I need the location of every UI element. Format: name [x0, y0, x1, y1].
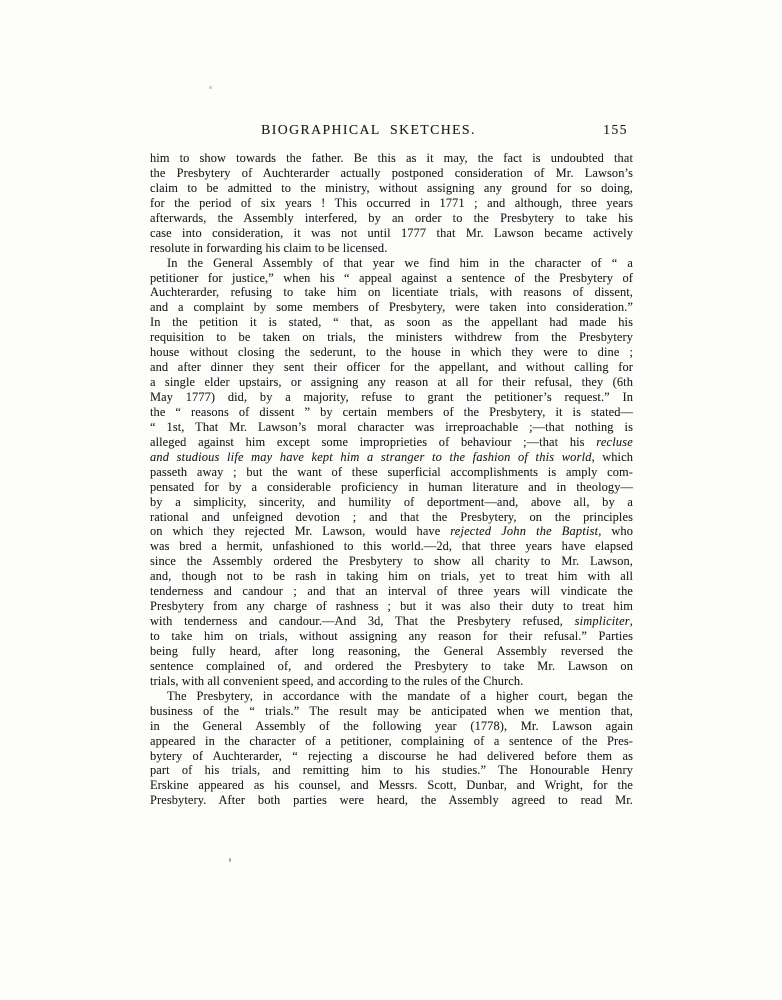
text-segment: , — [630, 614, 633, 628]
text-segment: and after dinner they sent their officer… — [150, 360, 633, 374]
italic-text-segment: rejected John the Baptist — [450, 524, 598, 538]
text-segment: on which they rejected Mr. Lawson, would… — [150, 524, 450, 538]
text-line: the “ reasons of dissent ” by certain me… — [150, 405, 633, 420]
italic-text-segment: recluse — [596, 435, 633, 449]
text-segment: by a simplicity, sincerity, and humility… — [150, 495, 633, 509]
text-line: being fully heard, after long reasoning,… — [150, 644, 633, 659]
text-segment: and, though not to be rash in taking him… — [150, 569, 633, 583]
text-segment: The Presbytery, in accordance with the m… — [167, 689, 633, 703]
text-segment: since the Assembly ordered the Presbyter… — [150, 554, 633, 568]
text-line: part of his trials, and remitting him to… — [150, 763, 633, 778]
text-segment: him to show towards the father. Be this … — [150, 151, 633, 165]
text-line: in the General Assembly of the following… — [150, 719, 633, 734]
text-segment: tenderness and candour ; and that an int… — [150, 584, 633, 598]
text-segment: passeth away ; but the want of these sup… — [150, 465, 633, 479]
text-line: “ 1st, That Mr. Lawson’s moral character… — [150, 420, 633, 435]
text-segment: Erskine appeared as his counsel, and Mes… — [150, 778, 633, 792]
text-block: him to show towards the father. Be this … — [150, 151, 633, 808]
text-segment: trials, with all convenient speed, and a… — [150, 674, 523, 688]
text-line: petitioner for justice,” when his “ appe… — [150, 271, 633, 286]
text-line: since the Assembly ordered the Presbyter… — [150, 554, 633, 569]
text-segment: alleged against him except some impropri… — [150, 435, 596, 449]
italic-text-segment: simpliciter — [575, 614, 630, 628]
text-segment: the “ reasons of dissent ” by certain me… — [150, 405, 633, 419]
text-line: May 1777) did, by a majority, refuse to … — [150, 390, 633, 405]
text-line: by a simplicity, sincerity, and humility… — [150, 495, 633, 510]
text-segment: In the petition it is stated, “ that, as… — [150, 315, 633, 329]
text-segment: a single elder upstairs, or assigning an… — [150, 375, 633, 389]
text-segment: was bred a hermit, unfashioned to this w… — [150, 539, 633, 553]
text-segment: In the General Assembly of that year we … — [167, 256, 633, 270]
text-segment: part of his trials, and remitting him to… — [150, 763, 633, 777]
text-segment: bytery of Auchterarder, “ rejecting a di… — [150, 749, 633, 763]
text-line: and a complaint by some members of Presb… — [150, 300, 633, 315]
text-line: a single elder upstairs, or assigning an… — [150, 375, 633, 390]
scan-speck-top — [209, 86, 212, 89]
text-segment: Auchterarder, refusing to take him on li… — [150, 285, 633, 299]
text-segment: afterwards, the Assembly interfered, by … — [150, 211, 633, 225]
text-segment: and a complaint by some members of Presb… — [150, 300, 633, 314]
text-segment: claim to be admitted to the ministry, wi… — [150, 181, 633, 195]
text-segment: , who — [598, 524, 633, 538]
text-segment: in the General Assembly of the following… — [150, 719, 633, 733]
page-title: BIOGRAPHICAL SKETCHES. — [150, 122, 633, 138]
text-line: afterwards, the Assembly interfered, by … — [150, 211, 633, 226]
text-segment: , which — [592, 450, 633, 464]
text-line: and after dinner they sent their officer… — [150, 360, 633, 375]
text-segment: rational and unfeigned devotion ; and th… — [150, 510, 633, 524]
text-segment: Presbytery from any charge of rashness ;… — [150, 599, 633, 613]
text-line: and, though not to be rash in taking him… — [150, 569, 633, 584]
text-segment: being fully heard, after long reasoning,… — [150, 644, 633, 658]
text-segment: pensated for by a considerable proficien… — [150, 480, 633, 494]
text-segment: “ 1st, That Mr. Lawson’s moral character… — [150, 420, 633, 434]
scan-speck-bottom — [229, 858, 231, 862]
text-line: passeth away ; but the want of these sup… — [150, 465, 633, 480]
text-line: him to show towards the father. Be this … — [150, 151, 633, 166]
text-line: Erskine appeared as his counsel, and Mes… — [150, 778, 633, 793]
text-line: In the General Assembly of that year we … — [150, 256, 633, 271]
text-segment: resolute in forwarding his claim to be l… — [150, 241, 387, 255]
text-segment: petitioner for justice,” when his “ appe… — [150, 271, 633, 285]
text-line: The Presbytery, in accordance with the m… — [150, 689, 633, 704]
text-segment: sentence complained of, and ordered the … — [150, 659, 633, 673]
text-line: pensated for by a considerable proficien… — [150, 480, 633, 495]
text-line: the Presbytery of Auchterarder actually … — [150, 166, 633, 181]
text-line: trials, with all convenient speed, and a… — [150, 674, 633, 689]
text-line: sentence complained of, and ordered the … — [150, 659, 633, 674]
text-line: requisition to be taken on trials, the m… — [150, 330, 633, 345]
text-line: on which they rejected Mr. Lawson, would… — [150, 524, 633, 539]
text-line: rational and unfeigned devotion ; and th… — [150, 510, 633, 525]
book-page: BIOGRAPHICAL SKETCHES. 155 him to show t… — [0, 0, 782, 1000]
text-segment: Presbytery. After both parties were hear… — [150, 793, 633, 807]
text-line: In the petition it is stated, “ that, as… — [150, 315, 633, 330]
text-line: and studious life may have kept him a st… — [150, 450, 633, 465]
text-segment: requisition to be taken on trials, the m… — [150, 330, 633, 344]
text-segment: for the period of six years ! This occur… — [150, 196, 633, 210]
text-segment: May 1777) did, by a majority, refuse to … — [150, 390, 633, 404]
text-line: business of the “ trials.” The result ma… — [150, 704, 633, 719]
text-line: was bred a hermit, unfashioned to this w… — [150, 539, 633, 554]
text-line: house without closing the sederunt, to t… — [150, 345, 633, 360]
page-number: 155 — [603, 122, 628, 138]
text-segment: to take him on trials, without assigning… — [150, 629, 633, 643]
text-segment: with tenderness and candour.—And 3d, Tha… — [150, 614, 575, 628]
text-segment: house without closing the sederunt, to t… — [150, 345, 633, 359]
text-line: tenderness and candour ; and that an int… — [150, 584, 633, 599]
text-line: to take him on trials, without assigning… — [150, 629, 633, 644]
text-line: resolute in forwarding his claim to be l… — [150, 241, 633, 256]
italic-text-segment: and studious life may have kept him a st… — [150, 450, 592, 464]
text-line: alleged against him except some impropri… — [150, 435, 633, 450]
text-segment: case into consideration, it was not unti… — [150, 226, 633, 240]
text-line: case into consideration, it was not unti… — [150, 226, 633, 241]
text-segment: appeared in the character of a petitione… — [150, 734, 633, 748]
text-segment: business of the “ trials.” The result ma… — [150, 704, 633, 718]
text-segment: the Presbytery of Auchterarder actually … — [150, 166, 633, 180]
running-header: BIOGRAPHICAL SKETCHES. 155 — [150, 122, 633, 140]
text-line: claim to be admitted to the ministry, wi… — [150, 181, 633, 196]
text-line: appeared in the character of a petitione… — [150, 734, 633, 749]
text-line: Presbytery from any charge of rashness ;… — [150, 599, 633, 614]
text-line: with tenderness and candour.—And 3d, Tha… — [150, 614, 633, 629]
text-line: Auchterarder, refusing to take him on li… — [150, 285, 633, 300]
text-line: Presbytery. After both parties were hear… — [150, 793, 633, 808]
text-line: bytery of Auchterarder, “ rejecting a di… — [150, 749, 633, 764]
text-line: for the period of six years ! This occur… — [150, 196, 633, 211]
